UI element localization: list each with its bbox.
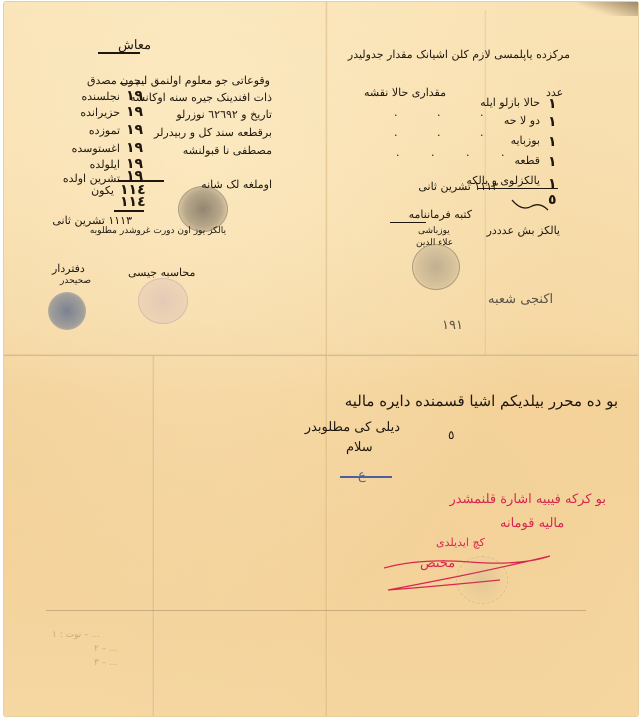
fold-line-vertical	[325, 2, 328, 716]
lower-main-line: بو ده محرر بیلدیکم اشیا قسمنده دایره مال…	[322, 392, 618, 410]
right-seal	[412, 244, 460, 290]
row-qty: ١	[548, 96, 557, 112]
row-value: ١٩	[126, 88, 143, 104]
heading-underline	[98, 52, 140, 54]
treasurer-seal	[48, 292, 86, 330]
lower-mark: ٥	[448, 428, 454, 442]
flourish-mark	[510, 196, 550, 216]
row-note: تموزده	[82, 124, 120, 137]
right-signature-subtitle: یوزباشی	[418, 226, 450, 236]
pencil-note-number: ١٩١	[442, 318, 463, 333]
row-text: برقطعه سند کل و ربیدرلر	[170, 126, 272, 139]
pencil-note-line: اکنجی شعبه	[488, 292, 553, 307]
fold-line-horizontal	[4, 354, 638, 357]
footer-note-line: ٢ – ...	[94, 644, 118, 654]
fold-line-vertical	[152, 356, 155, 716]
signature-treasurer-note: صحیحدر	[60, 276, 91, 286]
row-note: اغستوسده	[82, 142, 120, 155]
right-column-header-2: مقداری حالا نقشه	[368, 86, 446, 99]
right-signature-title: کتبه فرماننامه	[392, 208, 472, 221]
row-note: ایلولده	[86, 158, 120, 171]
row-text: تاریخ و ٦٢٦٩٢ نوزرلو	[150, 108, 272, 121]
paper-corner-shadow	[578, 2, 638, 16]
right-header-line: مرکزده یاپلمسی لازم کلن اشیانک مقدار جدو…	[340, 48, 570, 61]
total-underline	[114, 210, 144, 212]
row-value: ١٩	[126, 104, 143, 120]
total-label: یکون	[78, 184, 114, 197]
left-heading: معاش	[118, 38, 151, 53]
row-qty: ١	[548, 154, 557, 170]
right-date-note: ١١١٣ تشرین ثانی	[446, 180, 498, 193]
blue-underline	[340, 476, 392, 478]
right-summary-line: یالکز بش عدددر	[494, 224, 560, 237]
footer-note-line: نوت : ١ – ...	[52, 630, 100, 640]
left-header-line: وقوعاتی جو معلوم اولنمق ایچون مصدق	[120, 74, 270, 87]
signature-treasurer: دفتردار	[52, 262, 85, 275]
row-value: ١٩	[126, 140, 143, 156]
row-value: ١٩	[126, 122, 143, 138]
row-text: مصطفی نا قبولنشه	[178, 144, 272, 157]
lower-sub-line-1: دیلی کی مطلوبدر	[320, 420, 400, 435]
lower-sub-line-2: سلام	[346, 440, 373, 455]
red-line-2: مالیه قومانه	[500, 516, 564, 531]
header-underline	[120, 83, 146, 84]
row-qty: ١	[548, 114, 557, 130]
row-qty: ١	[548, 134, 557, 150]
footer-note-line: ٣ – ...	[94, 658, 118, 668]
total-value-repeat: ١١٤	[120, 194, 146, 210]
signature-underline	[390, 222, 426, 223]
row-item: دو لا حه	[496, 114, 540, 127]
footer-rule	[46, 610, 586, 611]
row-note: نجلسنده	[72, 90, 120, 103]
row-note: حزیرانده	[72, 106, 120, 119]
row-qty: ١	[548, 176, 557, 192]
left-footer-amount: یالکز یوز اون دورت غروشدر مطلوبه	[136, 226, 226, 236]
row-text: ذات افندینک جیره سنه اوکانشه	[160, 91, 272, 104]
faint-seal	[456, 556, 508, 604]
accountant-seal	[138, 278, 188, 324]
red-line-1: بو کرکه فیبیه اشارة قلنمشدر	[436, 492, 606, 507]
